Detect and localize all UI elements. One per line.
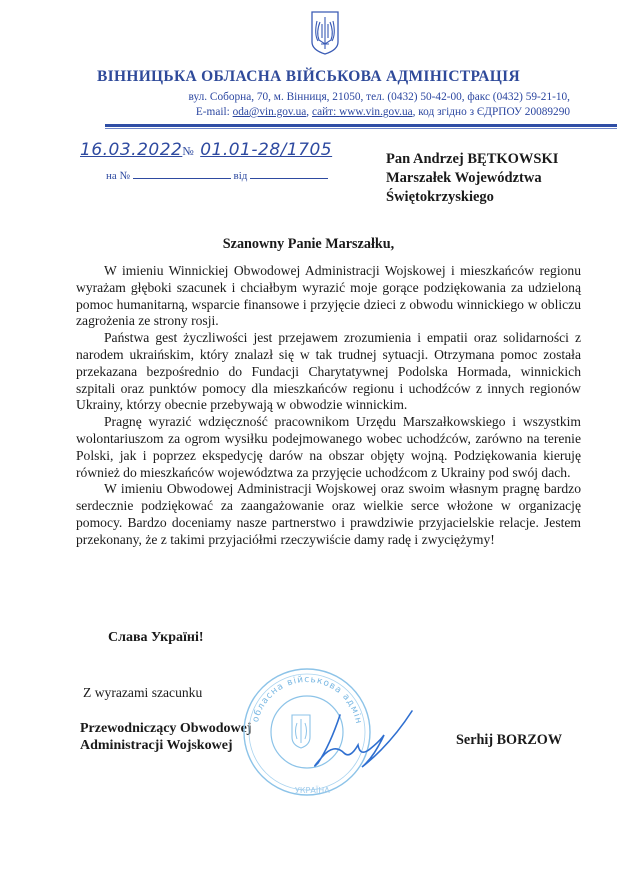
edrpou-code: , код згідно з ЄДРПОУ 20089290 xyxy=(413,106,570,118)
recipient-region: Świętokrzyskiego xyxy=(386,188,558,207)
reference-line: на № від xyxy=(106,168,328,182)
site-link[interactable]: www.vin.gov.ua xyxy=(339,106,413,118)
site-label: сайт: xyxy=(312,106,339,118)
registration-number: 01.01-28/1705 xyxy=(200,140,332,160)
registration-line: 16.03.2022№ 01.01-28/1705 xyxy=(80,140,332,160)
header-rule xyxy=(105,124,617,127)
salutation: Szanowny Panie Marszałku, xyxy=(0,236,617,253)
recipient-title: Marszałek Województwa xyxy=(386,169,558,188)
paragraph: W imieniu Winnickiej Obwodowej Administr… xyxy=(76,263,581,330)
closing-regards: Z wyrazami szacunku xyxy=(83,685,202,701)
recipient-name: Pan Andrzej BĘTKOWSKI xyxy=(386,150,558,169)
recipient-block: Pan Andrzej BĘTKOWSKI Marszałek Wojewódz… xyxy=(386,150,558,207)
organization-title: ВІННИЦЬКА ОБЛАСНА ВІЙСЬКОВА АДМІНІСТРАЦІ… xyxy=(0,68,617,86)
address-line: вул. Соборна, 70, м. Вінниця, 21050, тел… xyxy=(189,91,570,103)
paragraph: Pragnę wyrazić wdzięczność pracownikom U… xyxy=(76,414,581,481)
paragraph: W imieniu Obwodowej Administracji Wojsko… xyxy=(76,481,581,548)
ref-date-label: від xyxy=(234,170,248,182)
registration-date: 16.03.2022 xyxy=(80,140,182,160)
number-label: № xyxy=(182,144,194,158)
ref-number-label: на № xyxy=(106,170,130,182)
paragraph: Państwa gest życzliwości jest przejawem … xyxy=(76,330,581,414)
email-link[interactable]: oda@vin.gov.ua xyxy=(233,106,307,118)
email-label: E-mail: xyxy=(196,106,233,118)
ref-date-blank xyxy=(250,168,328,179)
signer-name: Serhij BORZOW xyxy=(456,732,562,749)
contacts-line: E-mail: oda@vin.gov.ua, сайт: www.vin.go… xyxy=(196,106,570,118)
svg-text:УКРАЇНА: УКРАЇНА xyxy=(295,785,330,795)
header-rule-thin xyxy=(105,128,617,129)
closing-slogan: Слава Україні! xyxy=(108,630,204,646)
letter-body: W imieniu Winnickiej Obwodowej Administr… xyxy=(76,263,581,549)
ukraine-coat-of-arms-icon xyxy=(310,10,340,56)
position-line: Administracji Wojskowej xyxy=(80,737,251,754)
position-line: Przewodniczący Obwodowej xyxy=(80,720,251,737)
signer-position: Przewodniczący Obwodowej Administracji W… xyxy=(80,720,251,754)
ref-number-blank xyxy=(133,168,231,179)
handwritten-signature xyxy=(300,705,420,775)
